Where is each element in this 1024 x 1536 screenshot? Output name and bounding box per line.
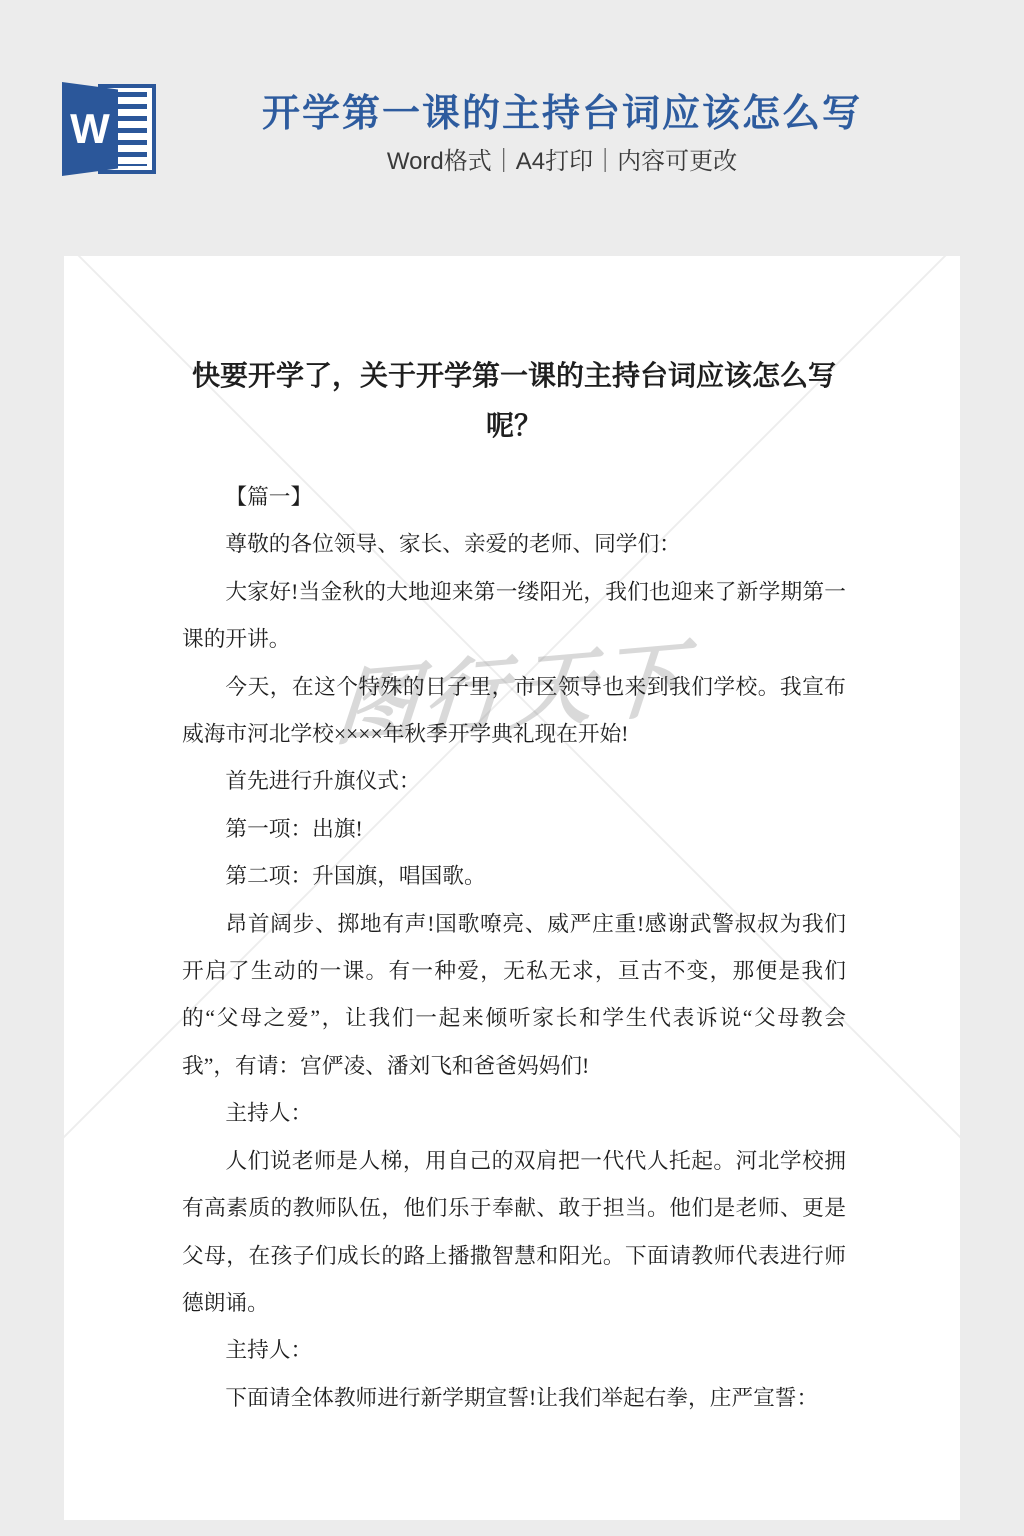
doc-paragraph: 首先进行升旗仪式： xyxy=(182,758,846,805)
document-title: 快要开学了，关于开学第一课的主持台词应该怎么写呢？ xyxy=(182,352,846,452)
page-title: 开学第一课的主持台词应该怎么写 xyxy=(100,92,1024,136)
document-content: 快要开学了，关于开学第一课的主持台词应该怎么写呢？ 【篇一】 尊敬的各位领导、家… xyxy=(64,256,960,1520)
header-text-block: 开学第一课的主持台词应该怎么写 Word格式｜A4打印｜内容可更改 xyxy=(100,0,1024,176)
doc-paragraph: 今天，在这个特殊的日子里，市区领导也来到我们学校。我宣布威海市河北学校××××年… xyxy=(182,664,846,759)
doc-paragraph: 主持人： xyxy=(182,1090,846,1137)
doc-paragraph: 【篇一】 xyxy=(182,474,846,521)
doc-paragraph: 大家好!当金秋的大地迎来第一缕阳光，我们也迎来了新学期第一课的开讲。 xyxy=(182,569,846,664)
doc-paragraph: 下面请全体教师进行新学期宣誓!让我们举起右拳，庄严宣誓： xyxy=(182,1375,846,1422)
doc-paragraph: 尊敬的各位领导、家长、亲爱的老师、同学们： xyxy=(182,521,846,568)
doc-paragraph: 主持人： xyxy=(182,1327,846,1374)
doc-paragraph: 第二项：升国旗，唱国歌。 xyxy=(182,853,846,900)
preview-header: W 开学第一课的主持台词应该怎么写 Word格式｜A4打印｜内容可更改 xyxy=(0,0,1024,256)
document-page: 图行天下 快要开学了，关于开学第一课的主持台词应该怎么写呢？ 【篇一】 尊敬的各… xyxy=(64,256,960,1520)
doc-paragraph: 昂首阔步、掷地有声!国歌嘹亮、威严庄重!感谢武警叔叔为我们开启了生动的一课。有一… xyxy=(182,901,846,1091)
doc-paragraph: 第一项：出旗! xyxy=(182,806,846,853)
page-subtitle: Word格式｜A4打印｜内容可更改 xyxy=(100,148,1024,176)
doc-paragraph: 人们说老师是人梯，用自己的双肩把一代代人托起。河北学校拥有高素质的教师队伍，他们… xyxy=(182,1138,846,1328)
